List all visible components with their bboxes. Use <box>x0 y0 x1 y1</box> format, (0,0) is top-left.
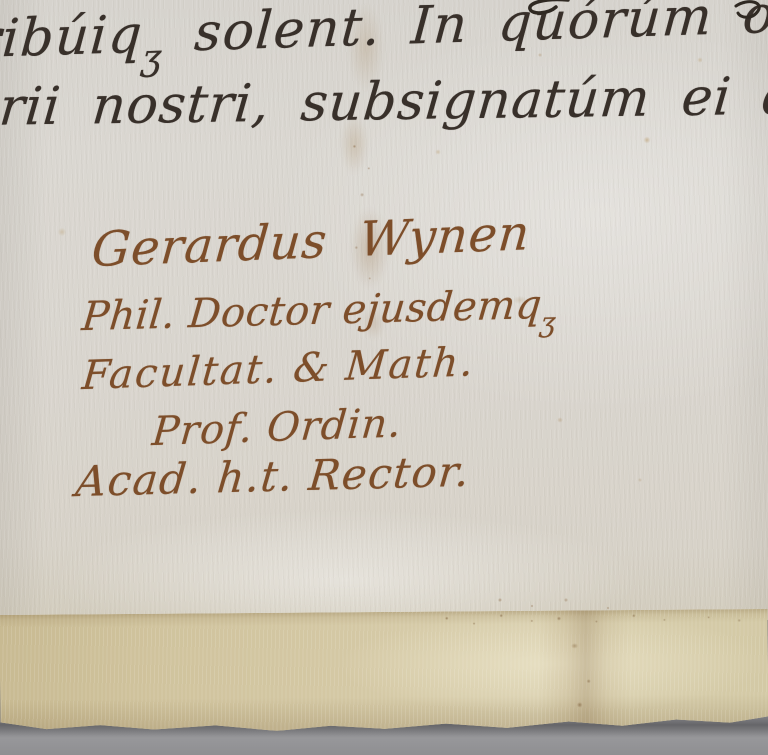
manuscript-photo: ribúiqʒ solent. In quórúm omni arii nost… <box>0 0 768 755</box>
parchment-sheet: ribúiqʒ solent. In quórúm omni arii nost… <box>0 0 768 620</box>
que-abbreviation-flourish: ʒ <box>140 40 164 76</box>
cropped-descender-tail-icon <box>524 0 570 16</box>
line1-prefix: ribúiq <box>0 5 145 70</box>
signature-title-1: Phil. Doctor ejusdemqʒ <box>80 285 559 338</box>
manuscript-line-2: arii nostri, subsignatúm ei dar <box>0 70 768 134</box>
line2-text: arii nostri, subsignatúm ei dar <box>0 66 768 138</box>
signature-title-4: Acad. h.t. Rector. <box>74 451 472 503</box>
parchment-fold-plica <box>0 609 768 733</box>
signature-title-3: Prof. Ordin. <box>150 403 403 452</box>
cropped-flourish-fragment-icon <box>732 0 768 22</box>
que-abbreviation-flourish: ʒ <box>539 309 557 337</box>
